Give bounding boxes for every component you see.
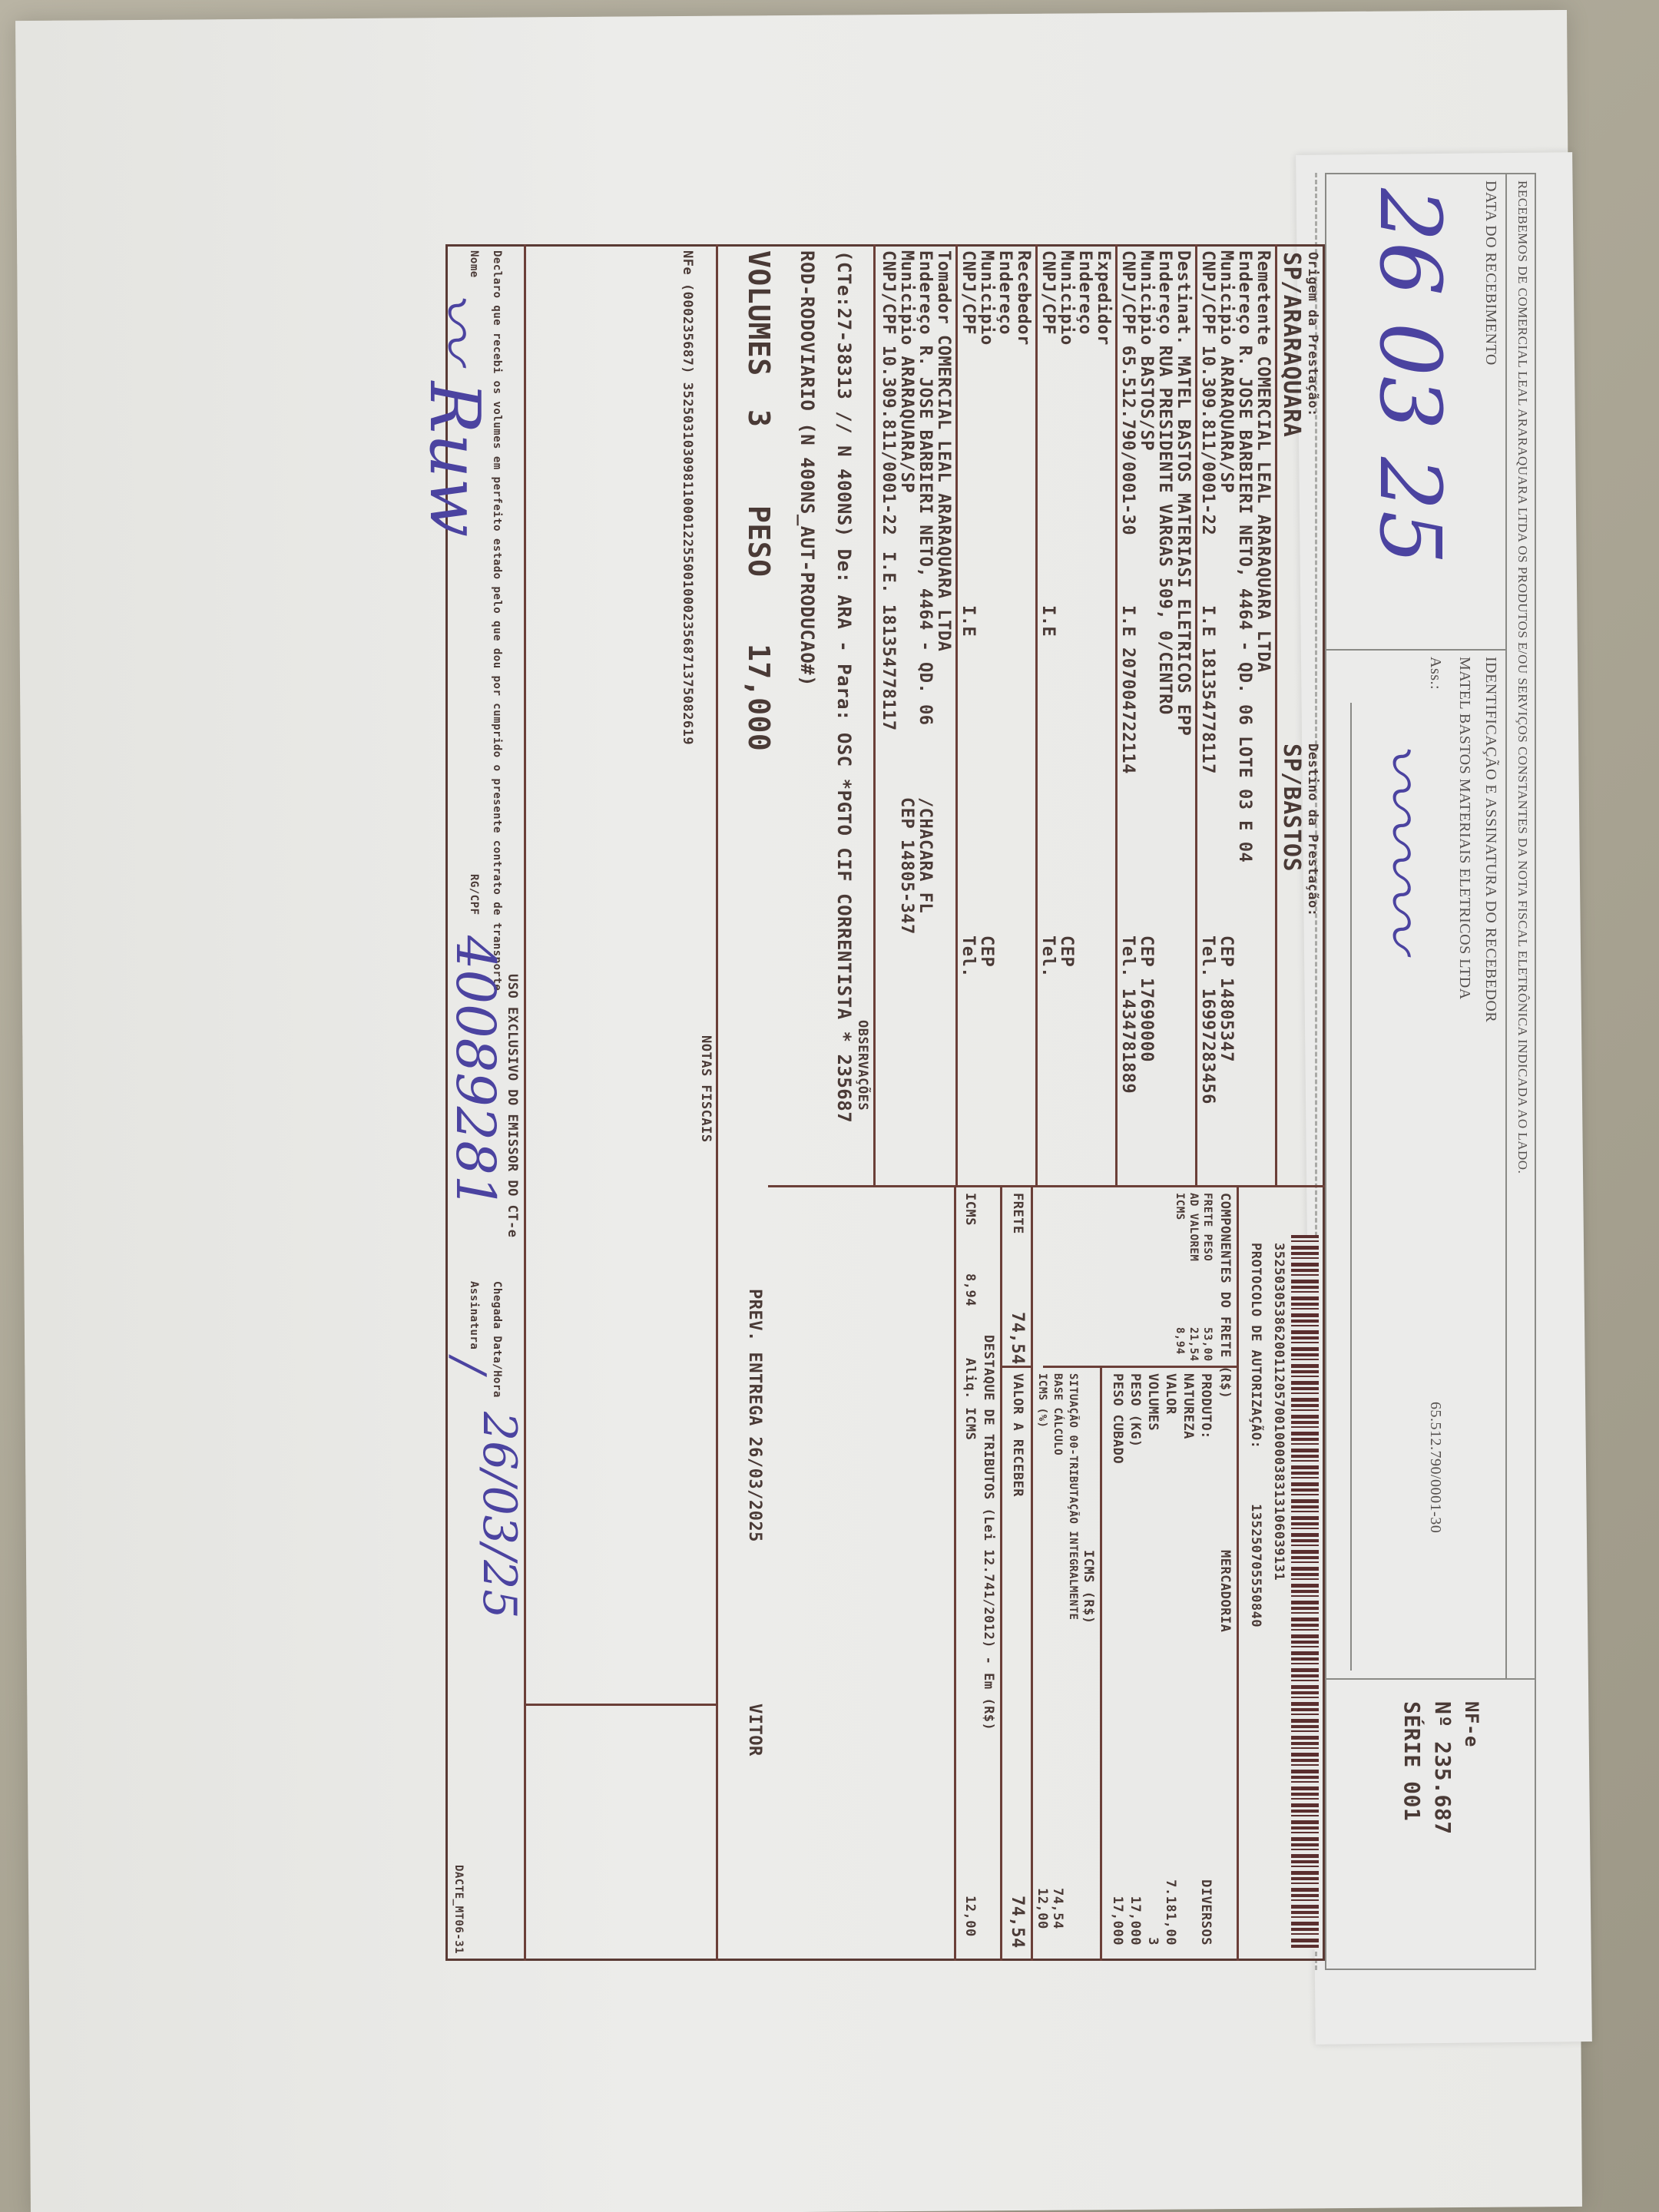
- icms-aliq-label: ICMS (%): [1036, 1373, 1048, 1428]
- remetente-name: Remetente COMERCIAL LEAL ARARAQUARA LTDA: [1253, 250, 1273, 673]
- remetente-ie: I.E 181354778117: [1198, 605, 1217, 774]
- notas-fiscais-label: NOTAS FISCAIS: [698, 1035, 714, 1143]
- mercadoria-label: PESO (KG): [1128, 1373, 1143, 1448]
- recipient-id-label: IDENTIFICAÇÃO E ASSINATURA DO RECEBEDOR: [1482, 657, 1499, 1022]
- peso-value: 17,000: [742, 644, 776, 751]
- mercadoria-label: PRODUTO:: [1198, 1373, 1214, 1439]
- assinatura-mark: /: [442, 1358, 495, 1373]
- recebedor-city-label: Municipio: [977, 250, 996, 346]
- origem-value: SP/ARARAQUARA: [1278, 252, 1305, 437]
- recebedor-address-label: Endereço: [995, 250, 1015, 335]
- expedidor-ie-label: I.E: [1038, 605, 1058, 637]
- mercadoria-value: DIVERSOS: [1198, 1879, 1214, 1945]
- origem-label: Origem da Prestação:: [1305, 252, 1320, 417]
- recebedor-tel-label: Tel.: [959, 935, 978, 978]
- date-received-label: DATA DO RECEBIMENTO: [1482, 180, 1499, 366]
- componente-value: 53,00: [1201, 1327, 1214, 1362]
- mercadoria-label: VOLUMES: [1145, 1373, 1161, 1431]
- destinatario-ie: I.E 207004722114: [1118, 605, 1137, 774]
- nfe-series: SÉRIE 001: [1399, 1701, 1425, 1821]
- nfe-label: NF-e: [1461, 1701, 1482, 1747]
- recipient-signature: 〰︎〰︎〰︎: [1356, 741, 1455, 949]
- observacoes-line-1: (CTe:27-38313 // N 400NS) De: ARA - Para…: [833, 250, 855, 1123]
- mercadoria-label: PESO CUBADO: [1110, 1373, 1125, 1464]
- componente-value: 21,54: [1187, 1327, 1200, 1362]
- icms-title: ICMS (R$): [1081, 1550, 1096, 1624]
- expedidor-city-label: Municipio: [1057, 250, 1076, 346]
- expedidor-label: Expedidor: [1094, 250, 1113, 346]
- nome-label: Nome: [468, 250, 480, 278]
- tributos-title: DESTAQUE DE TRIBUTOS (Lei 12.741/2012) -…: [981, 1335, 996, 1730]
- remetente-cep: CEP 14805347: [1217, 935, 1236, 1062]
- destinatario-address: Endereço RUA PRESIDENTE VARGAS 509, 0/CE…: [1155, 250, 1174, 715]
- expedidor-cnpj-label: CNPJ/CPF: [1038, 250, 1058, 335]
- stub-cnpj: 65.512.790/0001-30: [1426, 1402, 1444, 1533]
- tomador-name: Tomador COMERCIAL LEAL ARARAQUARA LTDA: [934, 250, 953, 651]
- icms-situacao: SITUAÇÃO 00-TRIBUTAÇÃO INTEGRALMENTE: [1067, 1373, 1079, 1620]
- assinatura-label: Assinatura: [468, 1281, 480, 1349]
- tomador-cep: CEP 14805-347: [897, 797, 916, 935]
- destinatario-city: Municipio BASTOS/SP: [1137, 250, 1156, 451]
- tributos-icms-value: 8,94: [962, 1273, 978, 1306]
- tributos-icms-label: ICMS: [962, 1193, 978, 1226]
- mercadoria-label: NATUREZA: [1181, 1373, 1196, 1439]
- remetente-address: Endereço R. JOSE BARBIERI NETO, 4464 - Q…: [1235, 250, 1254, 863]
- destinatario-tel: Tel. 1434781889: [1118, 935, 1137, 1094]
- observacoes-line-2: ROD-RODOVIARIO (N 400NS_AUT-PRODUCAO#): [796, 250, 818, 687]
- observacoes-label: OBSERVAÇÕES: [855, 1020, 870, 1111]
- destino-value: SP/BASTOS: [1278, 743, 1305, 872]
- rg-cpf-label: RG/CPF: [468, 874, 480, 916]
- recebedor-cnpj-label: CNPJ/CPF: [959, 250, 978, 335]
- access-key-barcode: [1291, 1235, 1319, 1949]
- protocolo-value: 135250705550840: [1248, 1504, 1263, 1628]
- tomador-address: Endereço R. JOSE BARBIERI NETO, 4464 - Q…: [916, 250, 935, 726]
- date-received-handwritten: 26 03 25: [1361, 188, 1459, 565]
- destinatario-cep: CEP 17690000: [1137, 935, 1156, 1062]
- chegada-handwritten: 26/03/25: [472, 1412, 526, 1618]
- tomador-ie: I.E. 181354778117: [879, 551, 898, 731]
- icms-base-value: 74,54: [1050, 1888, 1065, 1929]
- previsao-entrega: PREV. ENTREGA 26/03/2025: [745, 1289, 764, 1542]
- nome-signature: 〰︎ Ruw: [411, 290, 511, 537]
- recipient-name: MATEL BASTOS MATERIAIS ELETRICOS LTDA: [1455, 657, 1473, 1000]
- remetente-city: Municipio ARARAQUARA/SP: [1217, 250, 1236, 493]
- componente-value: 8,94: [1174, 1327, 1186, 1355]
- footer-code: DACTE_MT06-31: [452, 1865, 465, 1954]
- recebedor-label: Recebedor: [1014, 250, 1033, 346]
- volumes-value: 3: [742, 409, 776, 427]
- tomador-city: Municipio ARARAQUARA/SP: [897, 250, 916, 493]
- mercadoria-value: 3: [1145, 1937, 1161, 1945]
- destinatario-name: Destinat. MATEL BASTOS MATERIASI ELETRIC…: [1174, 250, 1193, 736]
- tributos-aliq-value: 12,00: [962, 1896, 978, 1937]
- expedidor-tel-label: Tel.: [1038, 935, 1058, 978]
- mercadoria-title: MERCADORIA: [1217, 1550, 1233, 1632]
- mercadoria-value: 17,000: [1110, 1896, 1125, 1945]
- componente-label: FRETE PESO: [1201, 1193, 1214, 1261]
- destinatario-cnpj: CNPJ/CPF 65.512.790/0001-30: [1118, 250, 1137, 535]
- expedidor-cep-label: CEP: [1057, 935, 1076, 967]
- componentes-title: COMPONENTES DO FRETE (R$): [1217, 1193, 1233, 1399]
- volumes-label: VOLUMES: [742, 250, 776, 376]
- tributos-aliq-label: Aliq. ICMS: [962, 1358, 978, 1440]
- expedidor-address-label: Endereço: [1075, 250, 1094, 335]
- signature-label: Ass.:: [1426, 657, 1444, 690]
- tomador-address-complement: /CHACARA FL: [916, 797, 935, 913]
- uso-exclusivo-label: USO EXCLUSIVO DO EMISSOR DO CT-e: [505, 974, 520, 1238]
- remetente-tel: Tel. 16997283456: [1198, 935, 1217, 1104]
- icms-aliq-value: 12,00: [1035, 1888, 1050, 1929]
- valor-receber-value: 74,54: [1008, 1896, 1027, 1949]
- rg-cpf-handwritten: 40089281: [444, 935, 507, 1209]
- componente-label: AD VALOREM: [1187, 1193, 1200, 1261]
- mercadoria-value: 7.181,00: [1163, 1879, 1178, 1945]
- chegada-label: Chegada Data/Hora: [491, 1281, 503, 1398]
- dacte-form: Origem da Prestação: SP/ARARAQUARA Desti…: [442, 244, 1325, 1961]
- icms-base-label: BASE CÁLCULO: [1051, 1373, 1064, 1455]
- receipt-stub: RECEBEMOS DE COMERCIAL LEAL ARARAQUARA L…: [1317, 173, 1536, 1970]
- tomador-cnpj: CNPJ/CPF 10.309.811/0001-22: [879, 250, 898, 535]
- recebedor-ie-label: I.E: [959, 605, 978, 637]
- remetente-cnpj: CNPJ/CPF 10.309.811/0001-22: [1198, 250, 1217, 535]
- mercadoria-value: 17,000: [1128, 1896, 1143, 1945]
- nfe-reference: NFe (000235687) 352503103098110001225500…: [680, 250, 695, 745]
- frete-value: 74,54: [1008, 1312, 1027, 1365]
- valor-receber-label: VALOR A RECEBER: [1010, 1373, 1025, 1497]
- recebedor-cep-label: CEP: [977, 935, 996, 967]
- vendedor: VITOR: [745, 1704, 764, 1757]
- access-key: 3525030538620011205700100003831310603913…: [1271, 1243, 1286, 1581]
- nfe-number: Nº 235.687: [1430, 1701, 1455, 1835]
- peso-label: PESO: [742, 505, 776, 578]
- componente-label: ICMS: [1174, 1193, 1186, 1220]
- protocolo-label: PROTOCOLO DE AUTORIZAÇÃO:: [1248, 1243, 1263, 1449]
- mercadoria-label: VALOR: [1163, 1373, 1178, 1415]
- frete-label: FRETE: [1010, 1193, 1025, 1234]
- stub-header: RECEBEMOS DE COMERCIAL LEAL ARARAQUARA L…: [1515, 180, 1530, 1174]
- destino-label: Destino da Prestação:: [1305, 743, 1320, 916]
